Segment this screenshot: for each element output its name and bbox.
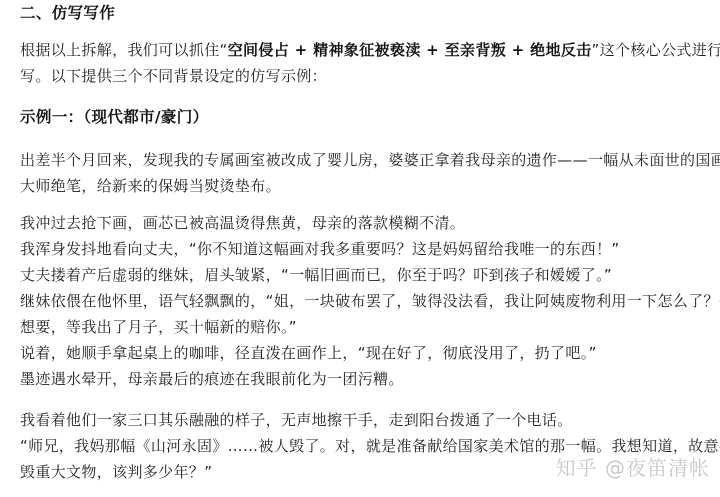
paragraph-2-line-3: 丈夫搂着产后虚弱的继妹，眉头皱紧，“一幅旧画而已，你至于吗？吓到孩子和嫒嫒了。” — [20, 264, 612, 286]
intro-line-1: 根据以上拆解，我们可以抓住“空间侵占 + 精神象征被亵渎 + 至亲背叛 + 绝地… — [20, 39, 720, 61]
intro-line-2: 写。以下提供三个不同背景设定的仿写示例： — [20, 65, 327, 87]
zhihu-watermark: 知乎 @夜笛清帐 — [556, 452, 710, 481]
paragraph-3-line-1: 我看着他们一家三口其乐融融的样子，无声地擦干手，走到阳台拨通了一个电话。 — [20, 409, 573, 431]
paragraph-1-line-1: 出差半个月回来，发现我的专属画室被改成了婴儿房，婆婆正拿着我母亲的遗作——一幅从… — [20, 149, 720, 171]
paragraph-2-line-7: 墨迹遇水晕开，母亲最后的痕迹在我眼前化为一团污糟。 — [20, 368, 404, 390]
intro-prefix: 根据以上拆解，我们可以抓住“ — [20, 41, 228, 59]
section-heading: 二、仿写写作 — [20, 2, 115, 24]
paragraph-2-line-4: 继妹依偎在他怀里，语气轻飘飘的，“姐，一块破布罢了，皱得没法看，我让阿姨废物利用… — [20, 290, 720, 312]
paragraph-3-line-3: 毁重大文物，该判多少年？” — [20, 461, 212, 483]
paragraph-2-line-6: 说着，她顺手拿起桌上的咖啡，径直泼在画作上，“现在好了，彻底没用了，扔了吧。” — [20, 342, 597, 364]
example-heading: 示例一：（现代都市/豪门） — [20, 106, 208, 128]
core-formula: 空间侵占 + 精神象征被亵渎 + 至亲背叛 + 绝地反击 — [228, 41, 592, 59]
intro-suffix: ”这个核心公式进行仿 — [592, 41, 720, 59]
paragraph-2-line-1: 我冲过去抢下画，画芯已被高温烫得焦黄，母亲的落款模糊不清。 — [20, 212, 465, 234]
paragraph-2-line-2: 我浑身发抖地看向丈夫，“你不知道这幅画对我多重要吗？这是妈妈留给我唯一的东西！” — [20, 238, 620, 260]
paragraph-1-line-2: 大师绝笔，给新来的保姆当熨烫垫布。 — [20, 175, 281, 197]
paragraph-2-line-5: 想要，等我出了月子，买十幅新的赔你。” — [20, 316, 297, 338]
